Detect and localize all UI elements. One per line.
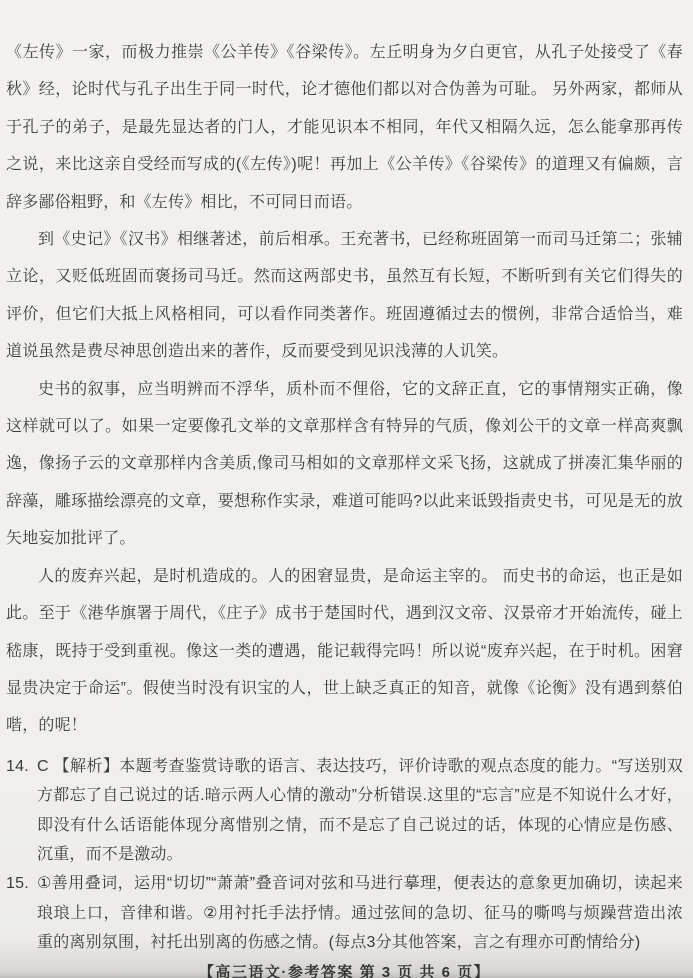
body-paragraph: 史书的叙事，应当明辨而不浮华，质朴而不俚俗，它的文辞正直，它的事情翔实正确，像这… xyxy=(6,371,683,558)
answer-item-14: 14. C 【解析】本题考查鉴赏诗歌的语言、表达技巧，评价诗歌的观点态度的能力。… xyxy=(6,752,683,870)
scanned-answer-page: 《左传》一家，而极力推崇《公羊传》《谷梁传》。左丘明身为夕白更官，从孔子处接受了… xyxy=(0,0,693,978)
page-footer: 【高三语文·参考答案 第 3 页 共 6 页】 xyxy=(6,961,683,978)
body-paragraph: 人的废弃兴起，是时机造成的。人的困窘显贵，是命运主宰的。 而史书的命运，也正是如… xyxy=(6,558,683,745)
answer-item-15: 15. ①善用叠词，运用“切切”“萧萧”叠音词对弦和马进行摹理，便表达的意象更加… xyxy=(6,869,683,957)
answer-text: ①善用叠词，运用“切切”“萧萧”叠音词对弦和马进行摹理，便表达的意象更加确切，读… xyxy=(37,869,683,957)
answer-text: C 【解析】本题考查鉴赏诗歌的语言、表达技巧，评价诗歌的观点态度的能力。“写送别… xyxy=(37,752,683,870)
body-paragraph: 到《史记》《汉书》相继著述，前后相承。王充著书，已经称班固第一而司马迁第二；张辅… xyxy=(6,221,683,371)
body-paragraph: 《左传》一家，而极力推崇《公羊传》《谷梁传》。左丘明身为夕白更官，从孔子处接受了… xyxy=(6,34,683,221)
answers-section: 14. C 【解析】本题考查鉴赏诗歌的语言、表达技巧，评价诗歌的观点态度的能力。… xyxy=(6,752,683,958)
answer-number: 14. xyxy=(6,752,37,870)
answer-number: 15. xyxy=(6,869,37,957)
translation-section: 《左传》一家，而极力推崇《公羊传》《谷梁传》。左丘明身为夕白更官，从孔子处接受了… xyxy=(6,34,683,745)
